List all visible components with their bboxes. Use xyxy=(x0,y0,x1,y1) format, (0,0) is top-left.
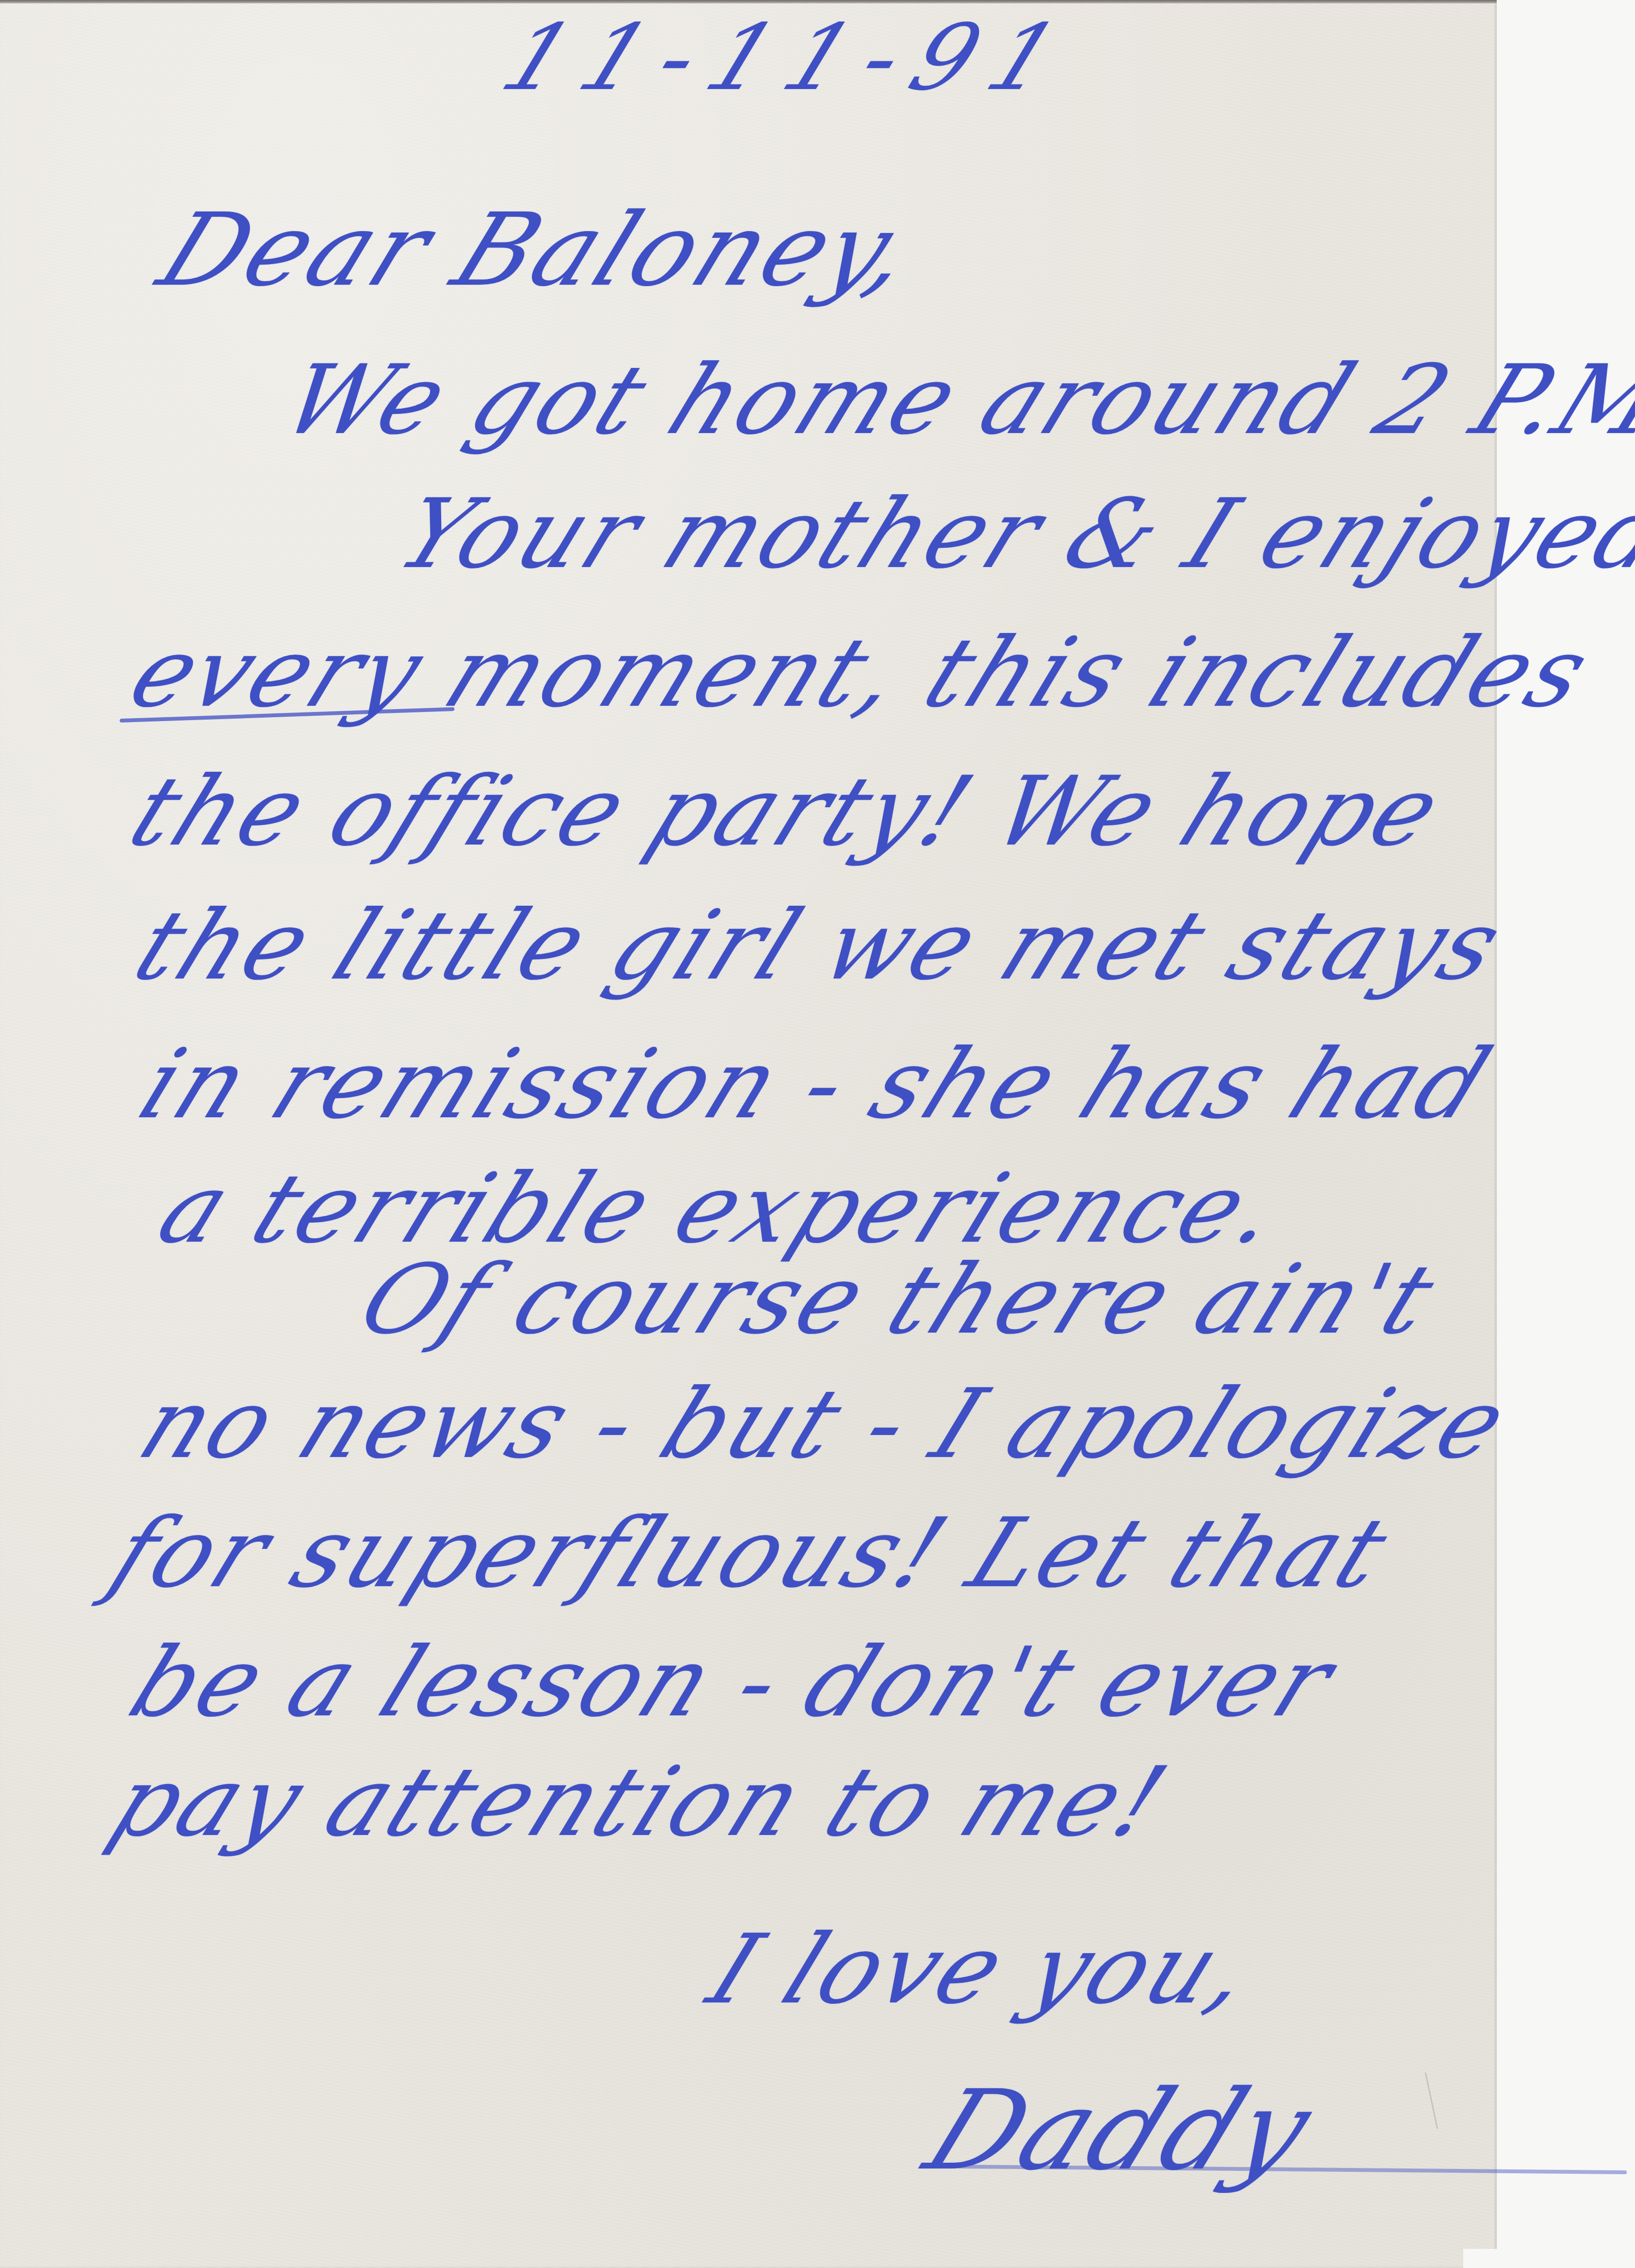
body-line-1: We got home around 2 P.M. xyxy=(268,345,1635,456)
paper-corner-notch xyxy=(1463,2249,1497,2268)
body-line-10: for superfluous! Let that xyxy=(96,1498,1406,1609)
letter-date: 11-11-91 xyxy=(488,5,1092,111)
letter-closing: I love you, xyxy=(694,1914,1272,2025)
body-line-6: in remission - she has had xyxy=(124,1029,1508,1140)
letter-signature: Daddy xyxy=(909,2067,1332,2195)
body-line-5: the little girl we met stays xyxy=(120,890,1520,1001)
body-line-11: be a lesson - don't ever xyxy=(115,1627,1351,1738)
body-line-8: Of course there ain't xyxy=(345,1244,1453,1356)
letter-paper: 11-11-91 Dear Baloney, We got home aroun… xyxy=(0,0,1497,2268)
body-line-4: the office party! We hope xyxy=(115,756,1459,867)
body-line-12: pay attention to me! xyxy=(96,1746,1184,1858)
paper-crease xyxy=(1425,2072,1438,2129)
letter-salutation: Dear Baloney, xyxy=(144,191,934,309)
paper-top-edge xyxy=(0,0,1497,3)
body-line-2: Your mother & I enjoyed xyxy=(383,478,1635,590)
body-line-9: no news - but - I apologize xyxy=(124,1368,1525,1480)
